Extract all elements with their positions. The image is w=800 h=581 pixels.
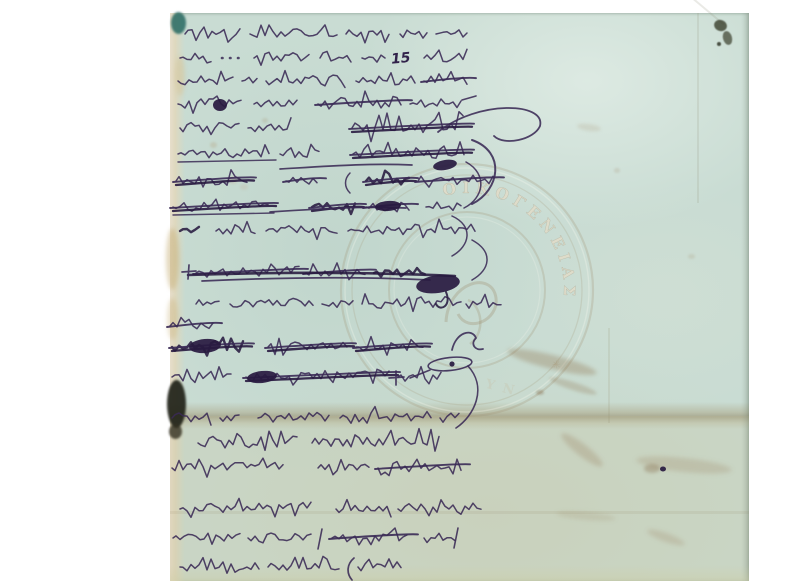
paper-left-edge: [170, 13, 185, 581]
faint-crease: [170, 511, 749, 514]
corner-crease: [670, 0, 725, 25]
paper-right-edge-shadow: [741, 13, 749, 581]
paper-bottom-edge: [170, 565, 749, 581]
vertical-crease: [608, 328, 610, 423]
horizontal-fold-crease: [170, 402, 749, 429]
paper-sheet: [170, 13, 749, 581]
below-fold-tint: [170, 416, 749, 581]
vertical-crease: [697, 13, 699, 203]
scanned-manuscript-page: ΟΙΚΟΓΕΝΕΙΑΣ ✳ ΥΝ 15: [0, 0, 800, 581]
